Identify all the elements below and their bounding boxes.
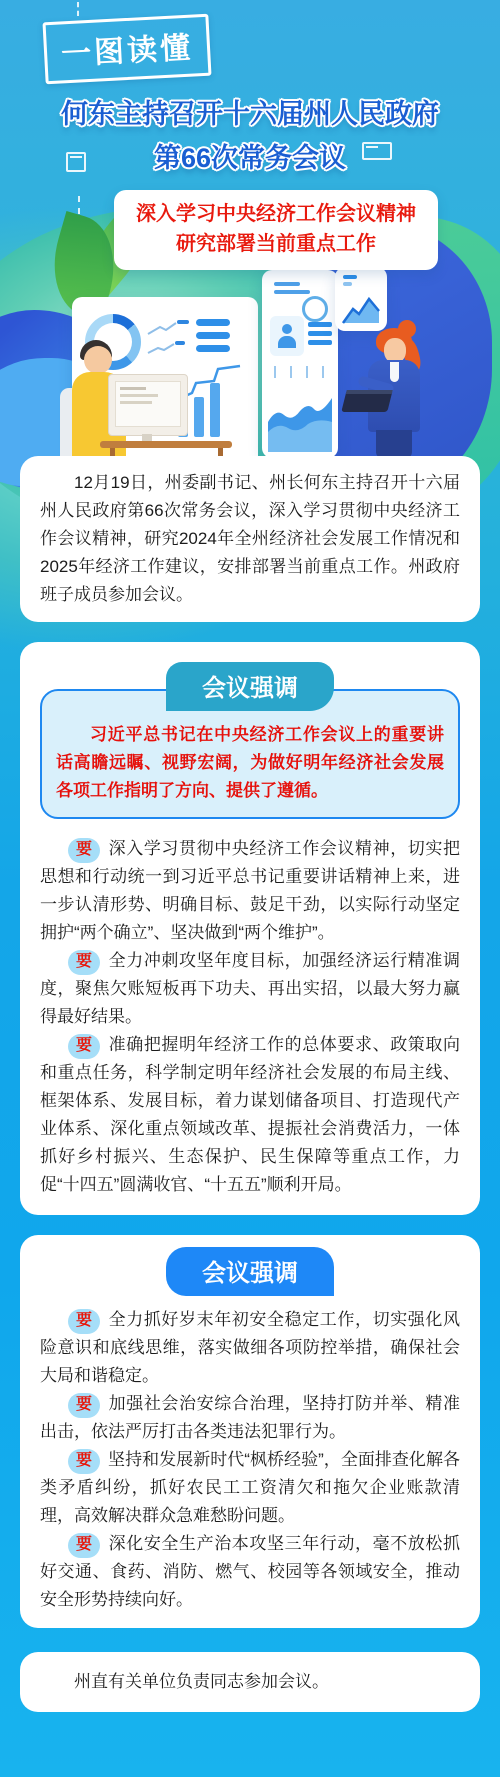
user-icon xyxy=(278,336,296,348)
window-icon xyxy=(66,152,86,172)
laptop-lid xyxy=(346,390,393,394)
list-bar xyxy=(308,322,332,327)
report-panel xyxy=(262,270,338,458)
bar-chart-icon xyxy=(194,397,204,437)
item-text: 加强社会治安综合治理，坚持打防并举、精准出击，依法严厉打击各类违法犯罪行为。 xyxy=(40,1394,460,1441)
screen-line xyxy=(120,394,158,397)
item-marker: 要 xyxy=(68,950,100,975)
section-badge: 会议强调 xyxy=(166,1247,334,1296)
intro-text: 12月19日，州委副书记、州长何东主持召开十六届州人民政府第66次常务会议，深入… xyxy=(40,469,460,609)
circle-chart-icon xyxy=(302,296,328,322)
item-marker: 要 xyxy=(68,838,100,863)
monitor-icon xyxy=(108,374,188,436)
item-marker: 要 xyxy=(68,1309,100,1334)
list-item: 要准确把握明年经济工作的总体要求、政策取向和重点任务，科学制定明年经济社会发展的… xyxy=(40,1031,460,1199)
user-icon xyxy=(282,324,292,334)
item-text: 坚持和发展新时代“枫桥经验”，全面排查化解各类矛盾纠纷，抓好农民工工资清欠和拖欠… xyxy=(40,1450,460,1525)
title-line-1: 何东主持召开十六届州人民政府 xyxy=(0,92,500,136)
list-bar xyxy=(196,332,230,339)
list-bar xyxy=(274,282,300,286)
item-marker: 要 xyxy=(68,1034,100,1059)
banner-line-1: 深入学习中央经济工作会议精神 xyxy=(114,199,438,229)
item-marker: 要 xyxy=(68,1393,100,1418)
bar-chart-icon xyxy=(210,383,220,437)
list-item: 要坚持和发展新时代“枫桥经验”，全面排查化解各类矛盾纠纷，抓好农民工工资清欠和拖… xyxy=(40,1446,460,1530)
list-item: 要加强社会治安综合治理，坚持打防并举、精准出击，依法严厉打击各类违法犯罪行为。 xyxy=(40,1390,460,1446)
tick xyxy=(322,366,324,378)
list-item: 要深化安全生产治本攻坚三年行动，毫不放松抓好交通、食药、消防、燃气、校园等各领域… xyxy=(40,1530,460,1614)
mountain-chart-icon xyxy=(341,291,381,325)
infographic-page: 一图读懂 何东主持召开十六届州人民政府 第66次常务会议 深入学习中央经济工作会… xyxy=(0,0,500,1777)
item-text: 准确把握明年经济工作的总体要求、政策取向和重点任务，科学制定明年经济社会发展的布… xyxy=(40,1035,460,1194)
section-badge: 会议强调 xyxy=(166,662,334,711)
tick xyxy=(290,366,292,378)
section-card-1: 会议强调 习近平总书记在中央经济工作会议上的重要讲话高瞻远瞩、视野宏阔，为做好明… xyxy=(20,642,480,1215)
list-item: 要全力冲刺攻坚年度目标，加强经济运行精准调度，聚焦欠账短板再下功夫、再出实招，以… xyxy=(40,947,460,1031)
screen-line xyxy=(120,401,152,404)
area-chart-icon xyxy=(268,382,332,452)
illustration xyxy=(0,262,500,458)
subtitle-banner: 深入学习中央经济工作会议精神 研究部署当前重点工作 xyxy=(114,190,438,270)
intro-card: 12月19日，州委副书记、州长何东主持召开十六届州人民政府第66次常务会议，深入… xyxy=(20,456,480,622)
desk xyxy=(100,441,232,448)
item-text: 深入学习贯彻中央经济工作会议精神，切实把思想和行动统一到习近平总书记重要讲话精神… xyxy=(40,839,460,942)
chart-panel xyxy=(335,267,387,331)
laptop-icon xyxy=(341,390,392,412)
section-card-2: 会议强调 要全力抓好岁末年初安全稳定工作，切实强化风险意识和底线思维，落实做细各… xyxy=(20,1235,480,1628)
tick xyxy=(306,366,308,378)
list-bar xyxy=(308,331,332,336)
list-bar xyxy=(274,290,310,294)
list-bar xyxy=(308,340,332,345)
logo: 一图读懂 xyxy=(42,14,211,85)
woman-skirt xyxy=(376,430,412,458)
badge-row: 会议强调 xyxy=(40,662,460,689)
footer-card: 州直有关单位负责同志参加会议。 xyxy=(20,1652,480,1712)
header: 一图读懂 xyxy=(0,0,500,80)
badge-row: 会议强调 xyxy=(40,1247,460,1306)
list-bar xyxy=(343,275,357,279)
item-text: 全力冲刺攻坚年度目标，加强经济运行精准调度，聚焦欠账短板再下功夫、再出实招，以最… xyxy=(40,951,460,1026)
list-bar xyxy=(343,282,352,286)
item-text: 深化安全生产治本攻坚三年行动，毫不放松抓好交通、食药、消防、燃气、校园等各领域安… xyxy=(40,1534,460,1609)
dash-line-icon xyxy=(78,196,80,214)
list-item: 要深入学习贯彻中央经济工作会议精神，切实把思想和行动统一到习近平总书记重要讲话精… xyxy=(40,835,460,947)
tick xyxy=(274,366,276,378)
banner-line-2: 研究部署当前重点工作 xyxy=(114,229,438,259)
footer-text: 州直有关单位负责同志参加会议。 xyxy=(40,1668,460,1696)
item-text: 全力抓好岁末年初安全稳定工作，切实强化风险意识和底线思维，落实做细各项防控举措，… xyxy=(40,1310,460,1385)
dash-line-icon xyxy=(77,2,79,16)
list-item: 要全力抓好岁末年初安全稳定工作，切实强化风险意识和底线思维，落实做细各项防控举措… xyxy=(40,1306,460,1390)
list-bar xyxy=(196,319,230,326)
woman-shirt xyxy=(390,362,399,382)
user-card xyxy=(270,316,304,356)
item-marker: 要 xyxy=(68,1449,100,1474)
screen-line xyxy=(120,387,146,390)
line-chart-icon xyxy=(146,317,192,361)
man-face xyxy=(84,346,112,374)
window-icon xyxy=(362,142,392,160)
list-bar xyxy=(196,345,230,352)
item-marker: 要 xyxy=(68,1533,100,1558)
